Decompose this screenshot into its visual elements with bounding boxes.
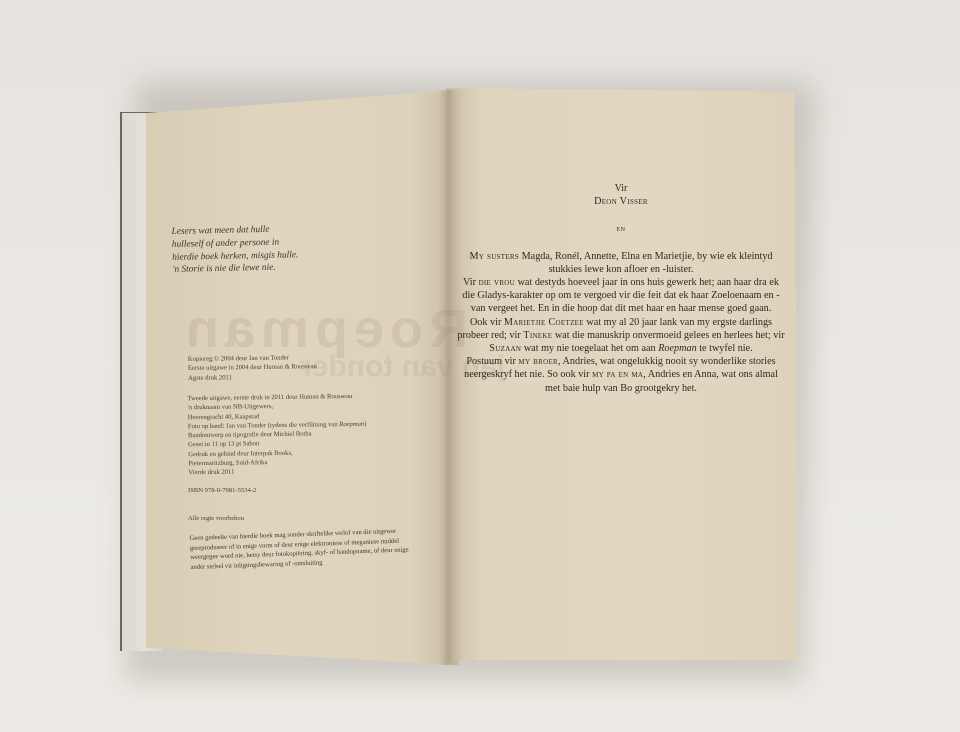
- small-caps-name: my pa en ma: [592, 369, 643, 380]
- small-caps-name: Marietjie Coetzee: [504, 317, 584, 328]
- small-caps-name: Suzaan: [489, 343, 521, 354]
- first-edition-line: Eerste uitgawe in 2004 deur Human & Rous…: [188, 362, 317, 373]
- dedicatee-name: Deon Visser: [456, 195, 786, 208]
- dedication-paragraph: Postuum vir my broer, Andries, wat ongel…: [456, 355, 786, 395]
- dedication-paragraph: My susters Magda, Ronél, Annette, Elna e…: [456, 250, 786, 276]
- dedication-text: wat my nie toegelaat het om aan: [521, 343, 658, 354]
- dedication-text: Postuum vir: [466, 356, 518, 367]
- dedication-text: wat die manuskrip onvermoeid gelees en h…: [552, 330, 784, 341]
- epigraph: Lesers wat meen dat hulle hulleself of a…: [171, 222, 352, 277]
- isbn: ISBN 978-0-7981-5534-2: [188, 486, 256, 495]
- copyright-block: Kopiereg © 2004 deur Jan van Tonder Eers…: [188, 353, 317, 383]
- dedication-paragraph: Vir die vrou wat destyds hoeveel jaar in…: [456, 276, 786, 316]
- book-title-italic: Roepman: [658, 343, 696, 354]
- dedication-text: Ook vir: [470, 317, 504, 328]
- publisher-block: Tweede uitgawe, eerste druk in 2011 deur…: [187, 392, 367, 478]
- dedication: Vir Deon Visser en My susters Magda, Ron…: [456, 182, 786, 395]
- colophon-text: ): [364, 421, 366, 428]
- rights-reserved: Alle regte voorbehou: [188, 514, 244, 523]
- dedication-paragraph: Ook vir Marietjie Coetzee wat my al 20 j…: [456, 316, 786, 356]
- dedication-text: Magda, Ronél, Annette, Elna en Marietjie…: [519, 251, 773, 275]
- colophon-text: Foto op band: Jan van Tonder (tydens die…: [188, 421, 340, 430]
- dedication-en: en: [456, 222, 786, 235]
- small-caps-name: die vrou: [479, 277, 515, 288]
- small-caps-name: Tineke: [523, 330, 552, 341]
- book-title-italic: Roepman: [339, 421, 364, 428]
- dedication-text: te twyfel nie.: [697, 343, 753, 354]
- dedication-text: Vir: [463, 277, 479, 288]
- legal-notice: Geen gedeelte van hierdie boek mag sonde…: [189, 526, 422, 572]
- small-caps-name: my broer: [518, 356, 558, 367]
- print-line: Agste druk 2011: [188, 372, 317, 383]
- dedication-vir: Vir: [456, 182, 786, 195]
- open-book: Roepman jan van tonder Lesers wat meen d…: [0, 0, 960, 732]
- small-caps-name: My susters: [469, 251, 519, 262]
